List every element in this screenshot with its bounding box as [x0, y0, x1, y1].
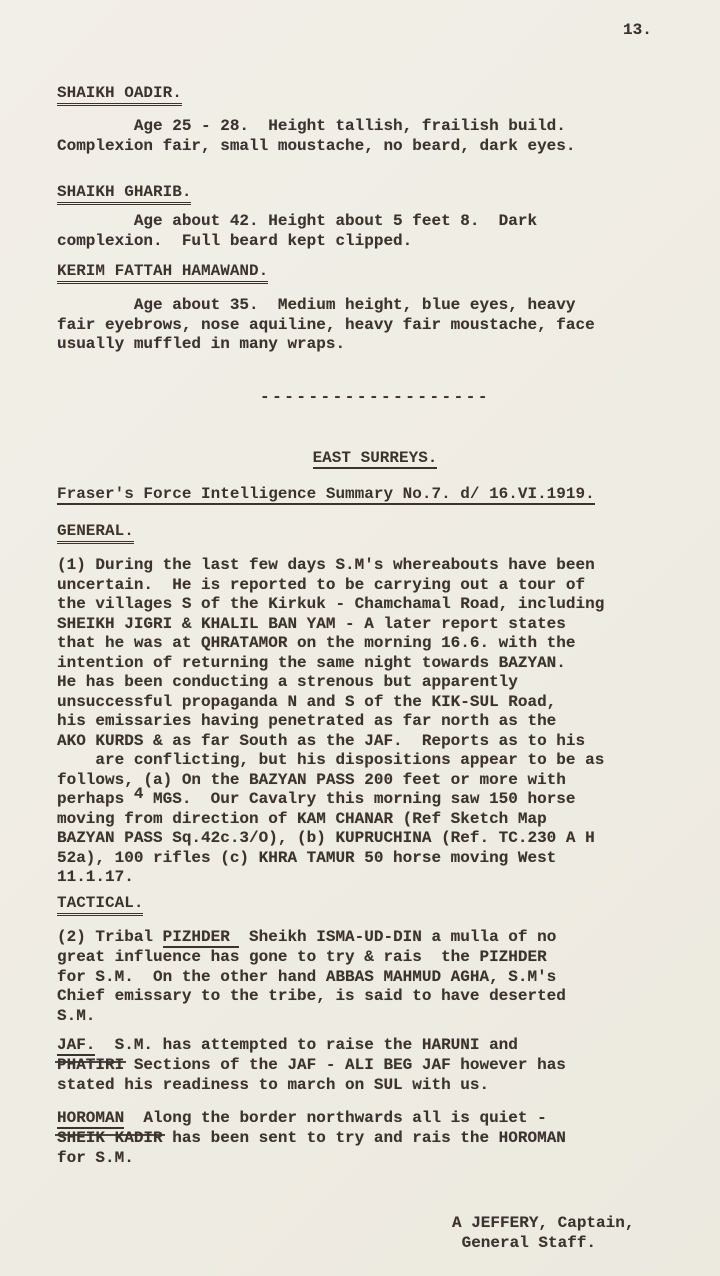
document-page: 13. SHAIKH OADIR. Age 25 - 28. Height ta… [0, 0, 720, 1276]
paragraph-line: Age 25 - 28. Height tallish, frailish bu… [57, 117, 693, 137]
paragraph-line: S.M. [57, 1007, 693, 1027]
heading-text: KERIM FATTAH HAMAWAND. [57, 262, 268, 284]
general-heading: GENERAL. [57, 520, 693, 544]
paragraph-line: fair eyebrows, nose aquiline, heavy fair… [57, 316, 693, 336]
signature-role: General Staff. [452, 1234, 634, 1254]
paragraph-line: great influence has gone to try & rais t… [57, 948, 693, 968]
paragraph-line: follows, (a) On the BAZYAN PASS 200 feet… [57, 771, 693, 791]
heading-text: TACTICAL. [57, 894, 143, 916]
signature-block: A JEFFERY, Captain, General Staff. [452, 1214, 634, 1253]
section-heading-shaikh-qadir: SHAIKH OADIR. [57, 82, 693, 106]
paragraph-kerim-fattah-hamawand: Age about 35. Medium height, blue eyes, … [57, 296, 693, 355]
heading-text: SHAIKH OADIR. [57, 84, 182, 106]
paragraph-line: SHEIK KADIR has been sent to try and rai… [57, 1129, 693, 1149]
paragraph-line: SHEIKH JIGRI & KHALIL BAN YAM - A later … [57, 615, 693, 635]
word-sheik-kadir-struck: SHEIK KADIR [57, 1129, 163, 1149]
subtitle-text: Fraser's Force Intelligence Summary No.7… [57, 485, 595, 505]
signature-name: A JEFFERY, Captain, [452, 1214, 634, 1234]
word-pizhder-underlined: PIZHDER [163, 928, 240, 948]
paragraph-line: are conflicting, but his dispositions ap… [57, 751, 693, 771]
paragraph-line: (2) Tribal PIZHDER Sheikh ISMA-UD-DIN a … [57, 928, 693, 948]
paragraph-line: uncertain. He is reported to be carrying… [57, 576, 693, 596]
tactical-heading: TACTICAL. [57, 892, 693, 916]
paragraph-line: AKO KURDS & as far South as the JAF. Rep… [57, 732, 693, 752]
paragraph-line: the villages S of the Kirkuk - Chamchama… [57, 595, 693, 615]
report-title: EAST SURREYS. [57, 447, 693, 469]
paragraph-line: that he was at QHRATAMOR on the morning … [57, 634, 693, 654]
report-subtitle: Fraser's Force Intelligence Summary No.7… [57, 483, 693, 505]
paragraph-line: (1) During the last few days S.M's where… [57, 556, 693, 576]
paragraph-horoman: HOROMAN Along the border northwards all … [57, 1109, 693, 1168]
paragraph-line: Complexion fair, small moustache, no bea… [57, 137, 693, 157]
section-heading-kerim-fattah-hamawand: KERIM FATTAH HAMAWAND. [57, 260, 693, 284]
paragraph-line: HOROMAN Along the border northwards all … [57, 1109, 693, 1129]
heading-text: GENERAL. [57, 522, 134, 544]
word-horoman-underlined: HOROMAN [57, 1109, 124, 1129]
heading-text: SHAIKH GHARIB. [57, 183, 191, 205]
paragraph-line: perhaps 4 MGS. Our Cavalry this morning … [57, 790, 693, 810]
word-jaf-underlined: JAF. [57, 1036, 95, 1056]
word-phatiri-struck: PHATIRI [57, 1056, 124, 1076]
paragraph-general-1: (1) During the last few days S.M's where… [57, 556, 693, 888]
paragraph-line: his emissaries having penetrated as far … [57, 712, 693, 732]
paragraph-line: Age about 42. Height about 5 feet 8. Dar… [57, 212, 693, 232]
paragraph-line: usually muffled in many wraps. [57, 335, 693, 355]
paragraph-line: unsuccessful propaganda N and S of the K… [57, 693, 693, 713]
paragraph-line: for S.M. On the other hand ABBAS MAHMUD … [57, 968, 693, 988]
title-text: EAST SURREYS. [313, 449, 438, 469]
paragraph-line: PHATIRI Sections of the JAF - ALI BEG JA… [57, 1056, 693, 1076]
paragraph-line: intention of returning the same night to… [57, 654, 693, 674]
paragraph-line: 11.1.17. [57, 868, 693, 888]
paragraph-line: for S.M. [57, 1149, 693, 1169]
paragraph-shaikh-qadir: Age 25 - 28. Height tallish, frailish bu… [57, 117, 693, 156]
paragraph-line: stated his readiness to march on SUL wit… [57, 1076, 693, 1096]
paragraph-line: 52a), 100 rifles (c) KHRA TAMUR 50 horse… [57, 849, 693, 869]
paragraph-line: JAF. S.M. has attempted to raise the HAR… [57, 1036, 693, 1056]
paragraph-line: Chief emissary to the tribe, is said to … [57, 987, 693, 1007]
paragraph-line: Age about 35. Medium height, blue eyes, … [57, 296, 693, 316]
paragraph-line: BAZYAN PASS Sq.42c.3/O), (b) KUPRUCHINA … [57, 829, 693, 849]
separator-dashes: ------------------- [57, 388, 693, 408]
superscript-four: 4 [134, 785, 144, 803]
paragraph-line: complexion. Full beard kept clipped. [57, 232, 693, 252]
paragraph-line: He has been conducting a strenous but ap… [57, 673, 693, 693]
paragraph-tactical-pizhder: (2) Tribal PIZHDER Sheikh ISMA-UD-DIN a … [57, 928, 693, 1026]
page-number: 13. [623, 21, 652, 41]
paragraph-line: moving from direction of KAM CHANAR (Ref… [57, 810, 693, 830]
paragraph-shaikh-gharib: Age about 42. Height about 5 feet 8. Dar… [57, 212, 693, 251]
section-heading-shaikh-gharib: SHAIKH GHARIB. [57, 181, 693, 205]
paragraph-jaf: JAF. S.M. has attempted to raise the HAR… [57, 1036, 693, 1095]
